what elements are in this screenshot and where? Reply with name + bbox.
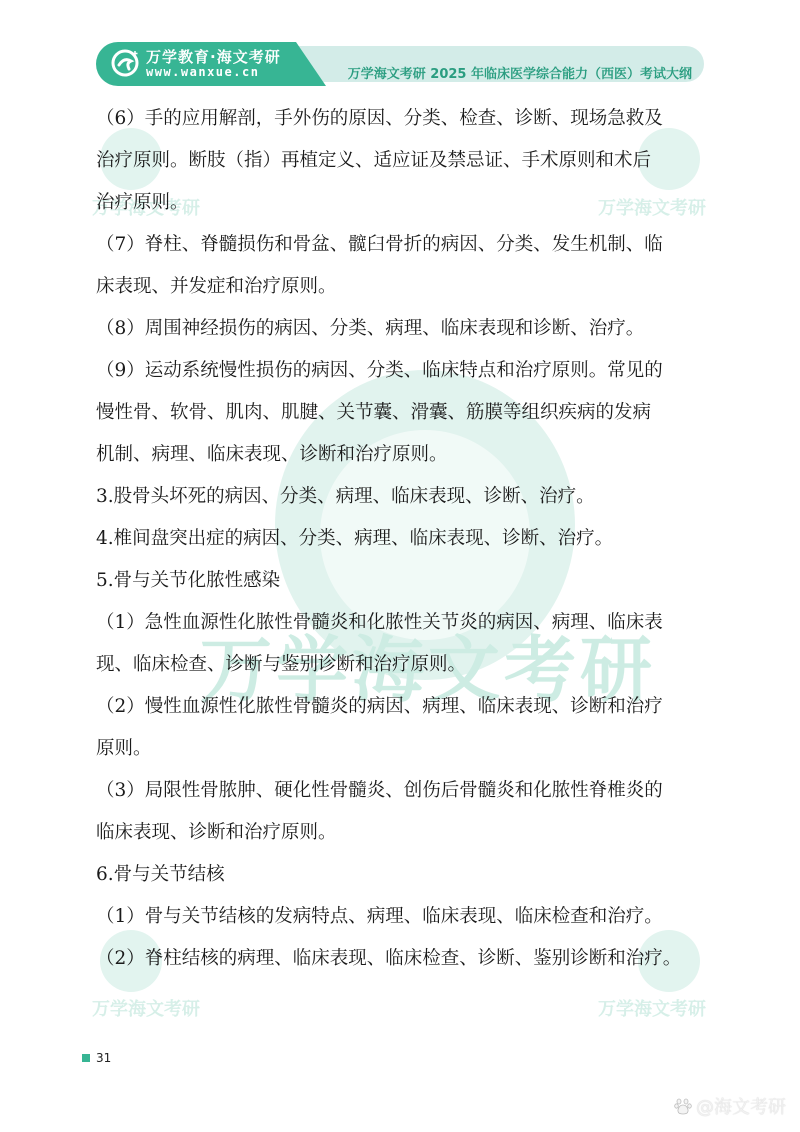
text-line: （9）运动系统慢性损伤的病因、分类、临床特点和治疗原则。常见的 <box>96 350 708 392</box>
text-line: （8）周围神经损伤的病因、分类、病理、临床表现和诊断、治疗。 <box>96 308 708 350</box>
syllabus-body: （6）手的应用解剖，手外伤的原因、分类、检查、诊断、现场急救及 治疗原则。断肢（… <box>96 98 708 980</box>
watermark-text-left-bottom: 万学海文考研 <box>92 995 200 1021</box>
text-line: （3）局限性骨脓肿、硬化性骨髓炎、创伤后骨髓炎和化脓性脊椎炎的 <box>96 770 708 812</box>
text-line: 治疗原则。 <box>96 182 708 224</box>
text-line: （1）急性血源性化脓性骨髓炎和化脓性关节炎的病因、病理、临床表 <box>96 602 708 644</box>
text-line: （2）慢性血源性化脓性骨髓炎的病因、病理、临床表现、诊断和治疗 <box>96 686 708 728</box>
text-line: （7）脊柱、脊髓损伤和骨盆、髋臼骨折的病因、分类、发生机制、临 <box>96 224 708 266</box>
text-line: 机制、病理、临床表现、诊断和治疗原则。 <box>96 434 708 476</box>
brand-badge: 万学教育·海文考研 www.wanxue.cn <box>96 42 326 86</box>
section-heading: 5.骨与关节化脓性感染 <box>96 560 708 602</box>
watermark-text-right-bottom: 万学海文考研 <box>598 995 706 1021</box>
text-line: （2）脊柱结核的病理、临床表现、临床检查、诊断、鉴别诊断和治疗。 <box>96 938 708 980</box>
wanxue-logo-icon <box>110 48 140 78</box>
page-number-text: 31 <box>96 1051 111 1065</box>
brand-url: www.wanxue.cn <box>146 65 259 79</box>
section-heading: 3.股骨头坏死的病因、分类、病理、临床表现、诊断、治疗。 <box>96 476 708 518</box>
document-title: 万学海文考研 2025 年临床医学综合能力（西医）考试大纲 <box>348 63 692 82</box>
source-watermark-text: @海文考研 <box>696 1093 786 1119</box>
page-marker-icon <box>82 1054 90 1062</box>
section-heading: 4.椎间盘突出症的病因、分类、病理、临床表现、诊断、治疗。 <box>96 518 708 560</box>
brand-name: 万学教育·海文考研 <box>146 46 281 67</box>
baidu-paw-icon <box>674 1097 692 1115</box>
source-watermark: @海文考研 <box>674 1093 786 1119</box>
text-line: 慢性骨、软骨、肌肉、肌腱、关节囊、滑囊、筋膜等组织疾病的发病 <box>96 392 708 434</box>
text-line: 床表现、并发症和治疗原则。 <box>96 266 708 308</box>
page-number: 31 <box>82 1051 111 1065</box>
text-line: 临床表现、诊断和治疗原则。 <box>96 812 708 854</box>
section-heading: 6.骨与关节结核 <box>96 854 708 896</box>
page-header: 万学海文考研 2025 年临床医学综合能力（西医）考试大纲 万学教育·海文考研 … <box>96 42 704 82</box>
text-line: 原则。 <box>96 728 708 770</box>
text-line: （6）手的应用解剖，手外伤的原因、分类、检查、诊断、现场急救及 <box>96 98 708 140</box>
text-line: 现、临床检查、诊断与鉴别诊断和治疗原则。 <box>96 644 708 686</box>
text-line: （1）骨与关节结核的发病特点、病理、临床表现、临床检查和治疗。 <box>96 896 708 938</box>
text-line: 治疗原则。断肢（指）再植定义、适应证及禁忌证、手术原则和术后 <box>96 140 708 182</box>
